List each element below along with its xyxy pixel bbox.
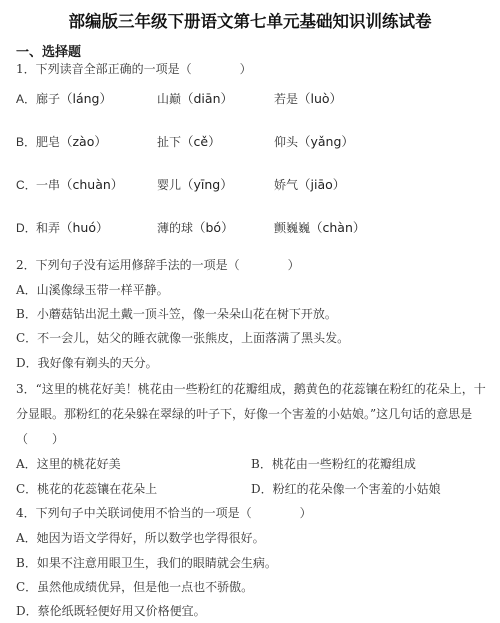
option-pinyin: （yǎng） <box>298 132 354 150</box>
option-pinyin: （láng） <box>60 89 112 107</box>
question-2-option-c: C．不一会儿，姑父的睡衣就像一张熊皮，上面落满了黑头发。 <box>16 329 349 346</box>
question-4-option-b: B．如果不注意用眼卫生，我们的眼睛就会生病。 <box>16 554 277 571</box>
section-heading: 一、选择题 <box>16 41 81 60</box>
question-2-stem: 2．下列句子没有运用修辞手法的一项是（ ） <box>16 256 300 273</box>
option-word: 薄的球 <box>157 219 193 236</box>
option-word: 一串 <box>36 176 60 193</box>
question-4-option-d: D．蔡伦纸既轻便好用又价格便宜。 <box>16 602 206 619</box>
option-word: 颤巍巍 <box>274 219 310 236</box>
question-2-option-b: B．小蘑菇钻出泥土戴一顶斗笠，像一朵朵山花在树下开放。 <box>16 305 337 322</box>
option-label: C． <box>16 176 37 193</box>
question-4-stem: 4．下列句子中关联词使用不恰当的一项是（ ） <box>16 504 312 521</box>
question-3-option-a: A．这里的桃花好美 <box>16 455 121 472</box>
question-1-stem: 1．下列读音全部正确的一项是（ ） <box>16 60 252 77</box>
question-3-stem-line-3: （ ） <box>16 430 64 447</box>
question-2-option-a: A．山溪像绿玉带一样平静。 <box>16 281 169 298</box>
option-label: B． <box>16 133 36 150</box>
option-word: 娇气 <box>274 176 298 193</box>
option-pinyin: （cě） <box>181 132 221 150</box>
option-word: 仰头 <box>274 133 298 150</box>
option-pinyin: （yīng） <box>181 175 233 193</box>
option-pinyin: （luò） <box>298 89 342 107</box>
question-4-option-a: A．她因为语文学得好，所以数学也学得很好。 <box>16 529 265 546</box>
question-2-option-d: D．我好像有剃头的天分。 <box>16 354 158 371</box>
option-pinyin: （bó） <box>193 218 234 236</box>
option-word: 若是 <box>274 90 298 107</box>
option-pinyin: （diān） <box>181 89 233 107</box>
option-pinyin: （chàn） <box>310 218 365 236</box>
option-label: D． <box>16 219 37 236</box>
option-word: 廊子 <box>36 90 60 107</box>
question-3-option-c: C．桃花的花蕊镶在花朵上 <box>16 480 157 497</box>
question-3-stem-line-2: 分显眼。那粉红的花朵躲在翠绿的叶子下，好像一个害羞的小姑娘。”这几句话的意思是 <box>16 405 472 422</box>
option-word: 山巅 <box>157 90 181 107</box>
question-3-option-d: D．粉红的花朵像一个害羞的小姑娘 <box>251 480 441 497</box>
option-pinyin: （huó） <box>60 218 109 236</box>
question-4-option-c: C．虽然他成绩优异，但是他一点也不骄傲。 <box>16 578 253 595</box>
question-3-option-b: B．桃花由一些粉红的花瓣组成 <box>251 455 416 472</box>
page-title: 部编版三年级下册语文第七单元基础知识训练试卷 <box>0 8 500 32</box>
question-3-stem-line-1: 3．“这里的桃花好美！桃花由一些粉红的花瓣组成，鹅黄色的花蕊镶在粉红的花朵上，十 <box>16 380 486 397</box>
option-word: 和弄 <box>36 219 60 236</box>
option-pinyin: （jiāo） <box>298 175 345 193</box>
option-pinyin: （chuàn） <box>60 175 123 193</box>
option-word: 扯下 <box>157 133 181 150</box>
option-word: 肥皂 <box>36 133 60 150</box>
option-pinyin: （zào） <box>60 132 107 150</box>
option-word: 婴儿 <box>157 176 181 193</box>
option-label: A． <box>16 90 36 107</box>
